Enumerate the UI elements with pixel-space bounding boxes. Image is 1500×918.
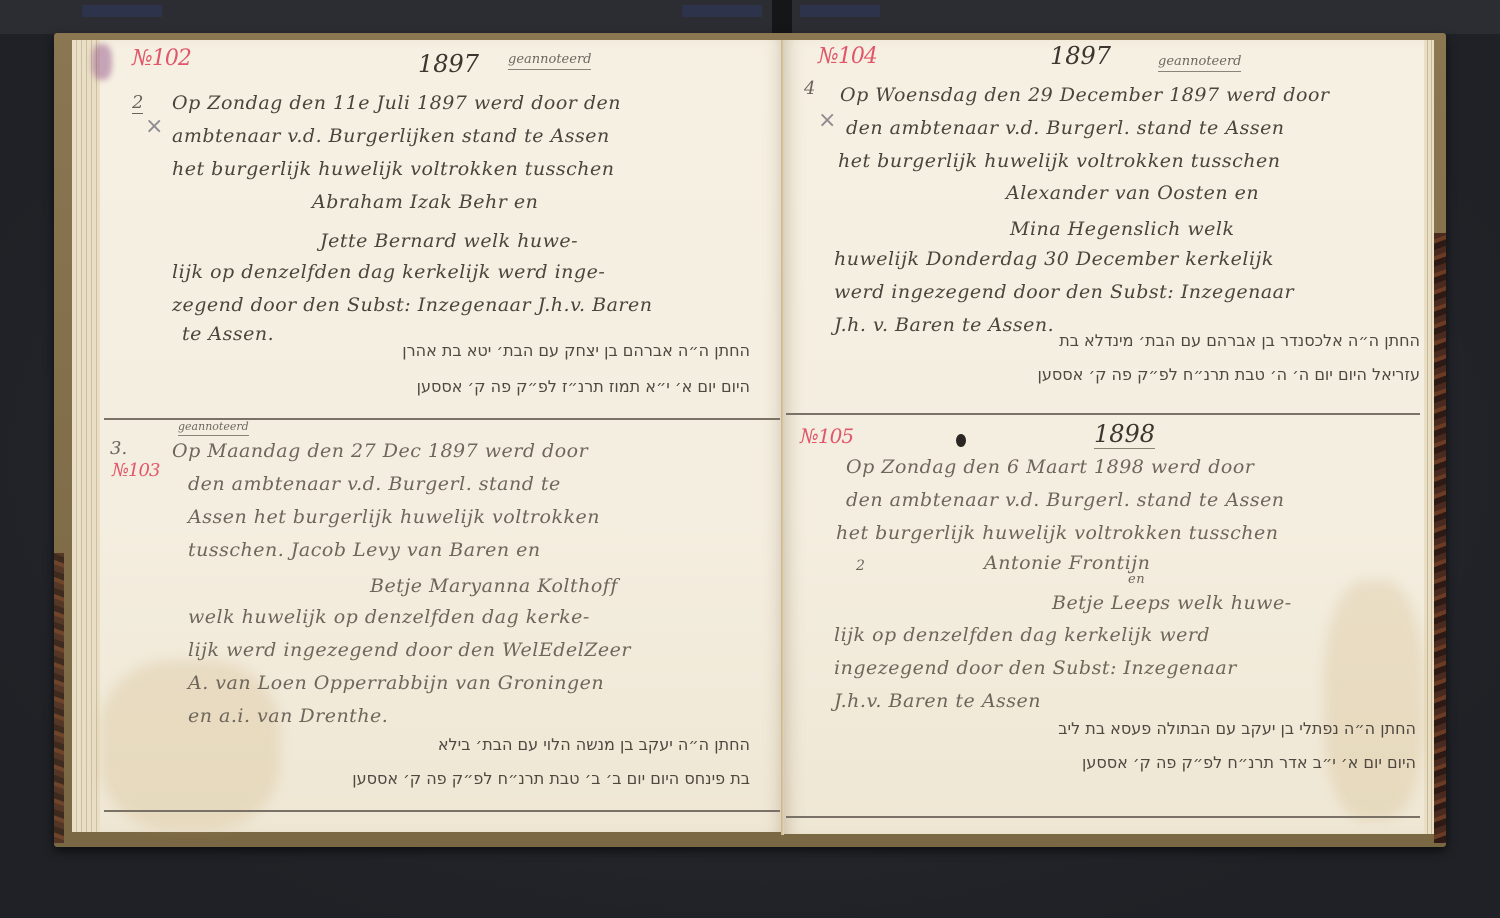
marbled-cover-edge: [1434, 233, 1446, 843]
year-header: 1897: [418, 50, 479, 78]
background-spine: [772, 0, 792, 34]
ink-smudge: [92, 44, 112, 80]
page-edges-left: [72, 40, 102, 832]
entry-divider: [786, 413, 1420, 415]
groom-name: Alexander van Oosten en: [1006, 178, 1259, 208]
background-books-strip: [0, 0, 1500, 34]
entry-line: en a.i. van Drenthe.: [188, 701, 388, 731]
entry-line: Op Maandag den 27 Dec 1897 werd door: [172, 436, 588, 466]
entry-line: den ambtenaar v.d. Burgerl. stand te Ass…: [846, 113, 1285, 143]
margin-cross-mark: ×: [145, 114, 163, 139]
hebrew-line: היום יום א׳ י״ב אדר תרנ״ח לפ״ק פה ק׳ אסס…: [900, 748, 1416, 778]
paper-stain: [1324, 580, 1424, 820]
annotation-note: geannoteerd: [508, 52, 591, 70]
groom-name: tusschen. Jacob Levy van Baren en: [188, 535, 541, 565]
entry-number: №102: [132, 46, 191, 71]
background-label: [82, 5, 162, 17]
background-label: [800, 5, 880, 17]
entry-divider: [786, 816, 1420, 818]
entry-number: №105: [800, 424, 853, 448]
hebrew-line: עזריאל היום יום ה׳ ה׳ טבת תרנ״ח לפ״ק פה …: [830, 360, 1420, 390]
entry-line: den ambtenaar v.d. Burgerl. stand te: [188, 469, 561, 499]
entry-line: huwelijk Donderdag 30 December kerkelijk: [834, 244, 1274, 274]
entry-line: zegend door den Subst: Inzegenaar J.h.v.…: [172, 290, 652, 320]
book-gutter: [781, 40, 784, 835]
margin-number: 4: [804, 78, 815, 99]
entry-line: lijk op denzelfden dag kerkelijk werd: [834, 620, 1210, 650]
bride-name: Betje Leeps welk huwe-: [1052, 588, 1292, 618]
background-label: [682, 5, 762, 17]
bride-name: Betje Maryanna Kolthoff: [370, 571, 618, 601]
hebrew-line: החתן ה״ה יעקב בן מנשה הלוי עם הבת׳ בילא: [180, 730, 750, 760]
groom-name: Antonie Frontijn: [984, 548, 1150, 578]
entry-line: den ambtenaar v.d. Burgerl. stand te Ass…: [846, 485, 1285, 515]
hebrew-line: היום יום א׳ י״א תמוז תרנ״ז לפ״ק פה ק׳ אס…: [240, 372, 750, 402]
entry-line: het burgerlijk huwelijk voltrokken tussc…: [836, 518, 1279, 548]
hebrew-line: בת פינחס היום יום ב׳ ב׳ טבת תרנ״ח לפ״ק פ…: [120, 764, 750, 794]
entry-line: ambtenaar v.d. Burgerlijken stand te Ass…: [172, 121, 610, 151]
entry-line: lijk op denzelfden dag kerkelijk werd in…: [172, 257, 605, 287]
entry-line: Assen het burgerlijk huwelijk voltrokken: [188, 502, 600, 532]
entry-line: welk huwelijk op denzelfden dag kerke-: [188, 602, 590, 632]
annotation-note: geannoteerd: [1158, 54, 1241, 72]
bride-name: Mina Hegenslich welk: [1010, 214, 1235, 244]
margin-number: 2: [856, 558, 865, 574]
annotation-note: geannoteerd: [178, 420, 249, 436]
entry-line: werd ingezegend door den Subst: Inzegena…: [834, 277, 1294, 307]
margin-number: 3.: [110, 438, 127, 459]
hebrew-line: החתן ה״ה אלכסנדר בן אברהם עם הבת׳ מינדלא…: [830, 326, 1420, 356]
entry-line: J.h.v. Baren te Assen: [834, 686, 1041, 716]
entry-line: het burgerlijk huwelijk voltrokken tussc…: [838, 146, 1281, 176]
margin-cross-mark: ×: [818, 108, 836, 133]
conjunction-en: en: [1128, 572, 1145, 588]
entry-number: №104: [818, 44, 877, 69]
entry-number: №103: [112, 460, 159, 481]
entry-line: ingezegend door den Subst: Inzegenaar: [834, 653, 1237, 683]
entry-line: lijk werd ingezegend door den WelEdelZee…: [188, 635, 631, 665]
entry-divider: [104, 810, 780, 812]
entry-line: Op Zondag den 11e Juli 1897 werd door de…: [172, 88, 621, 118]
entry-line: Op Zondag den 6 Maart 1898 werd door: [846, 452, 1254, 482]
groom-name: Abraham Izak Behr en: [312, 187, 538, 217]
bride-name: Jette Bernard welk huwe-: [320, 226, 578, 256]
marbled-cover-edge-left: [54, 553, 64, 843]
year-header: 1897: [1050, 42, 1111, 70]
entry-line: Op Woensdag den 29 December 1897 werd do…: [840, 80, 1330, 110]
hebrew-line: החתן ה״ה אברהם בן יצחק עם הבת׳ יטא בת אה…: [190, 336, 750, 366]
entry-line: het burgerlijk huwelijk voltrokken tussc…: [172, 154, 615, 184]
entry-line: A. van Loen Opperrabbijn van Groningen: [188, 668, 604, 698]
margin-number: 2: [132, 92, 143, 114]
year-header: 1898: [1094, 420, 1155, 449]
ink-blot: [956, 434, 966, 447]
hebrew-line: החתן ה״ה נפתלי בן יעקב עם הבתולה פעסא בת…: [826, 714, 1416, 744]
